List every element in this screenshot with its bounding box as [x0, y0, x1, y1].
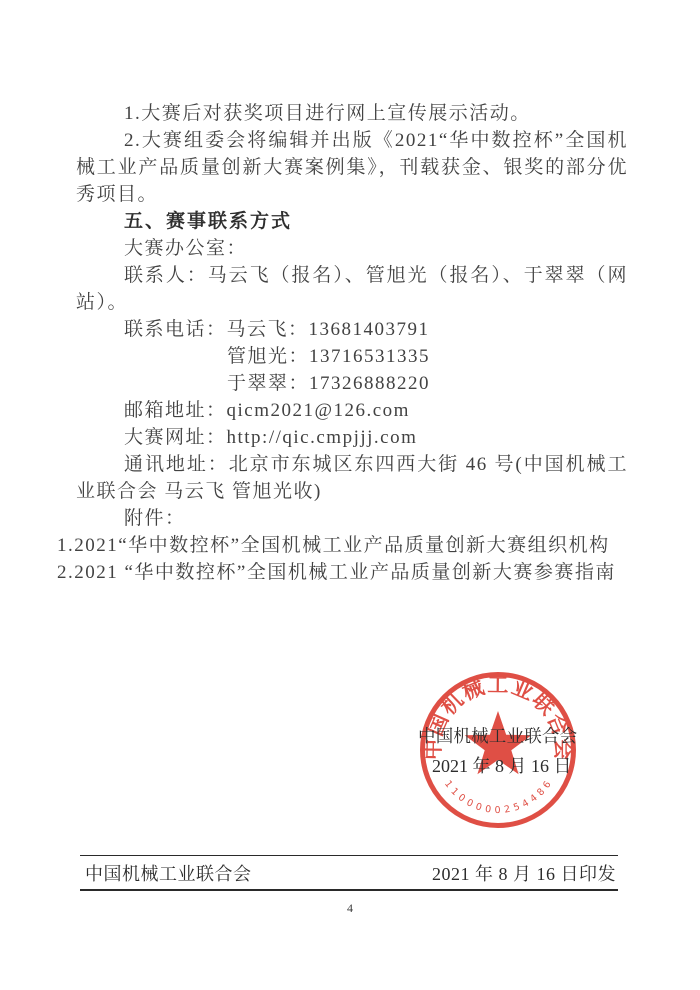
page-number: 4	[0, 901, 700, 916]
official-seal: 中国机械工业联合会 1100000254486	[413, 665, 583, 835]
phone-line-yucuicui: 于翠翠：17326888220	[76, 370, 628, 397]
document-body: 1.大赛后对获奖项目进行网上宣传展示活动。 2.大赛组委会将编辑并出版《2021…	[76, 100, 628, 586]
attachment-item-2: 2.2021 “华中数控杯”全国机械工业产品质量创新大赛参赛指南	[76, 559, 628, 586]
email-line: 邮箱地址：qicm2021@126.com	[76, 397, 628, 424]
colophon-issuer: 中国机械工业联合会	[85, 860, 252, 886]
paragraph-promotion-1: 1.大赛后对获奖项目进行网上宣传展示活动。	[76, 100, 628, 127]
seal-serial-number: 1100000254486	[442, 776, 556, 816]
signature-organization: 中国机械工业联合会	[418, 726, 577, 746]
colophon-print-date: 2021 年 8 月 16 日印发	[432, 860, 616, 886]
section-heading-contact: 五、赛事联系方式	[76, 208, 628, 235]
document-page: 1.大赛后对获奖项目进行网上宣传展示活动。 2.大赛组委会将编辑并出版《2021…	[0, 0, 700, 990]
signature-date: 2021 年 8 月 16 日	[432, 756, 572, 777]
office-line: 大赛办公室：	[76, 235, 628, 262]
contact-persons-line: 联系人：马云飞（报名）、管旭光（报名）、于翠翠（网站）。	[76, 262, 628, 316]
colophon-bar: 中国机械工业联合会 2021 年 8 月 16 日印发	[80, 855, 618, 891]
paragraph-promotion-2: 2.大赛组委会将编辑并出版《2021“华中数控杯”全国机械工业产品质量创新大赛案…	[76, 127, 628, 208]
phone-line-mayunfei: 联系电话：马云飞：13681403791	[76, 316, 628, 343]
phone-line-guanxuguang: 管旭光：13716531335	[76, 343, 628, 370]
website-line: 大赛网址：http://qic.cmpjjj.com	[76, 424, 628, 451]
attachments-label: 附件：	[76, 505, 628, 532]
attachment-item-1: 1.2021“华中数控杯”全国机械工业产品质量创新大赛组织机构	[76, 532, 628, 559]
mailing-address-line: 通讯地址：北京市东城区东四西大街 46 号(中国机械工业联合会 马云飞 管旭光收…	[76, 451, 628, 505]
